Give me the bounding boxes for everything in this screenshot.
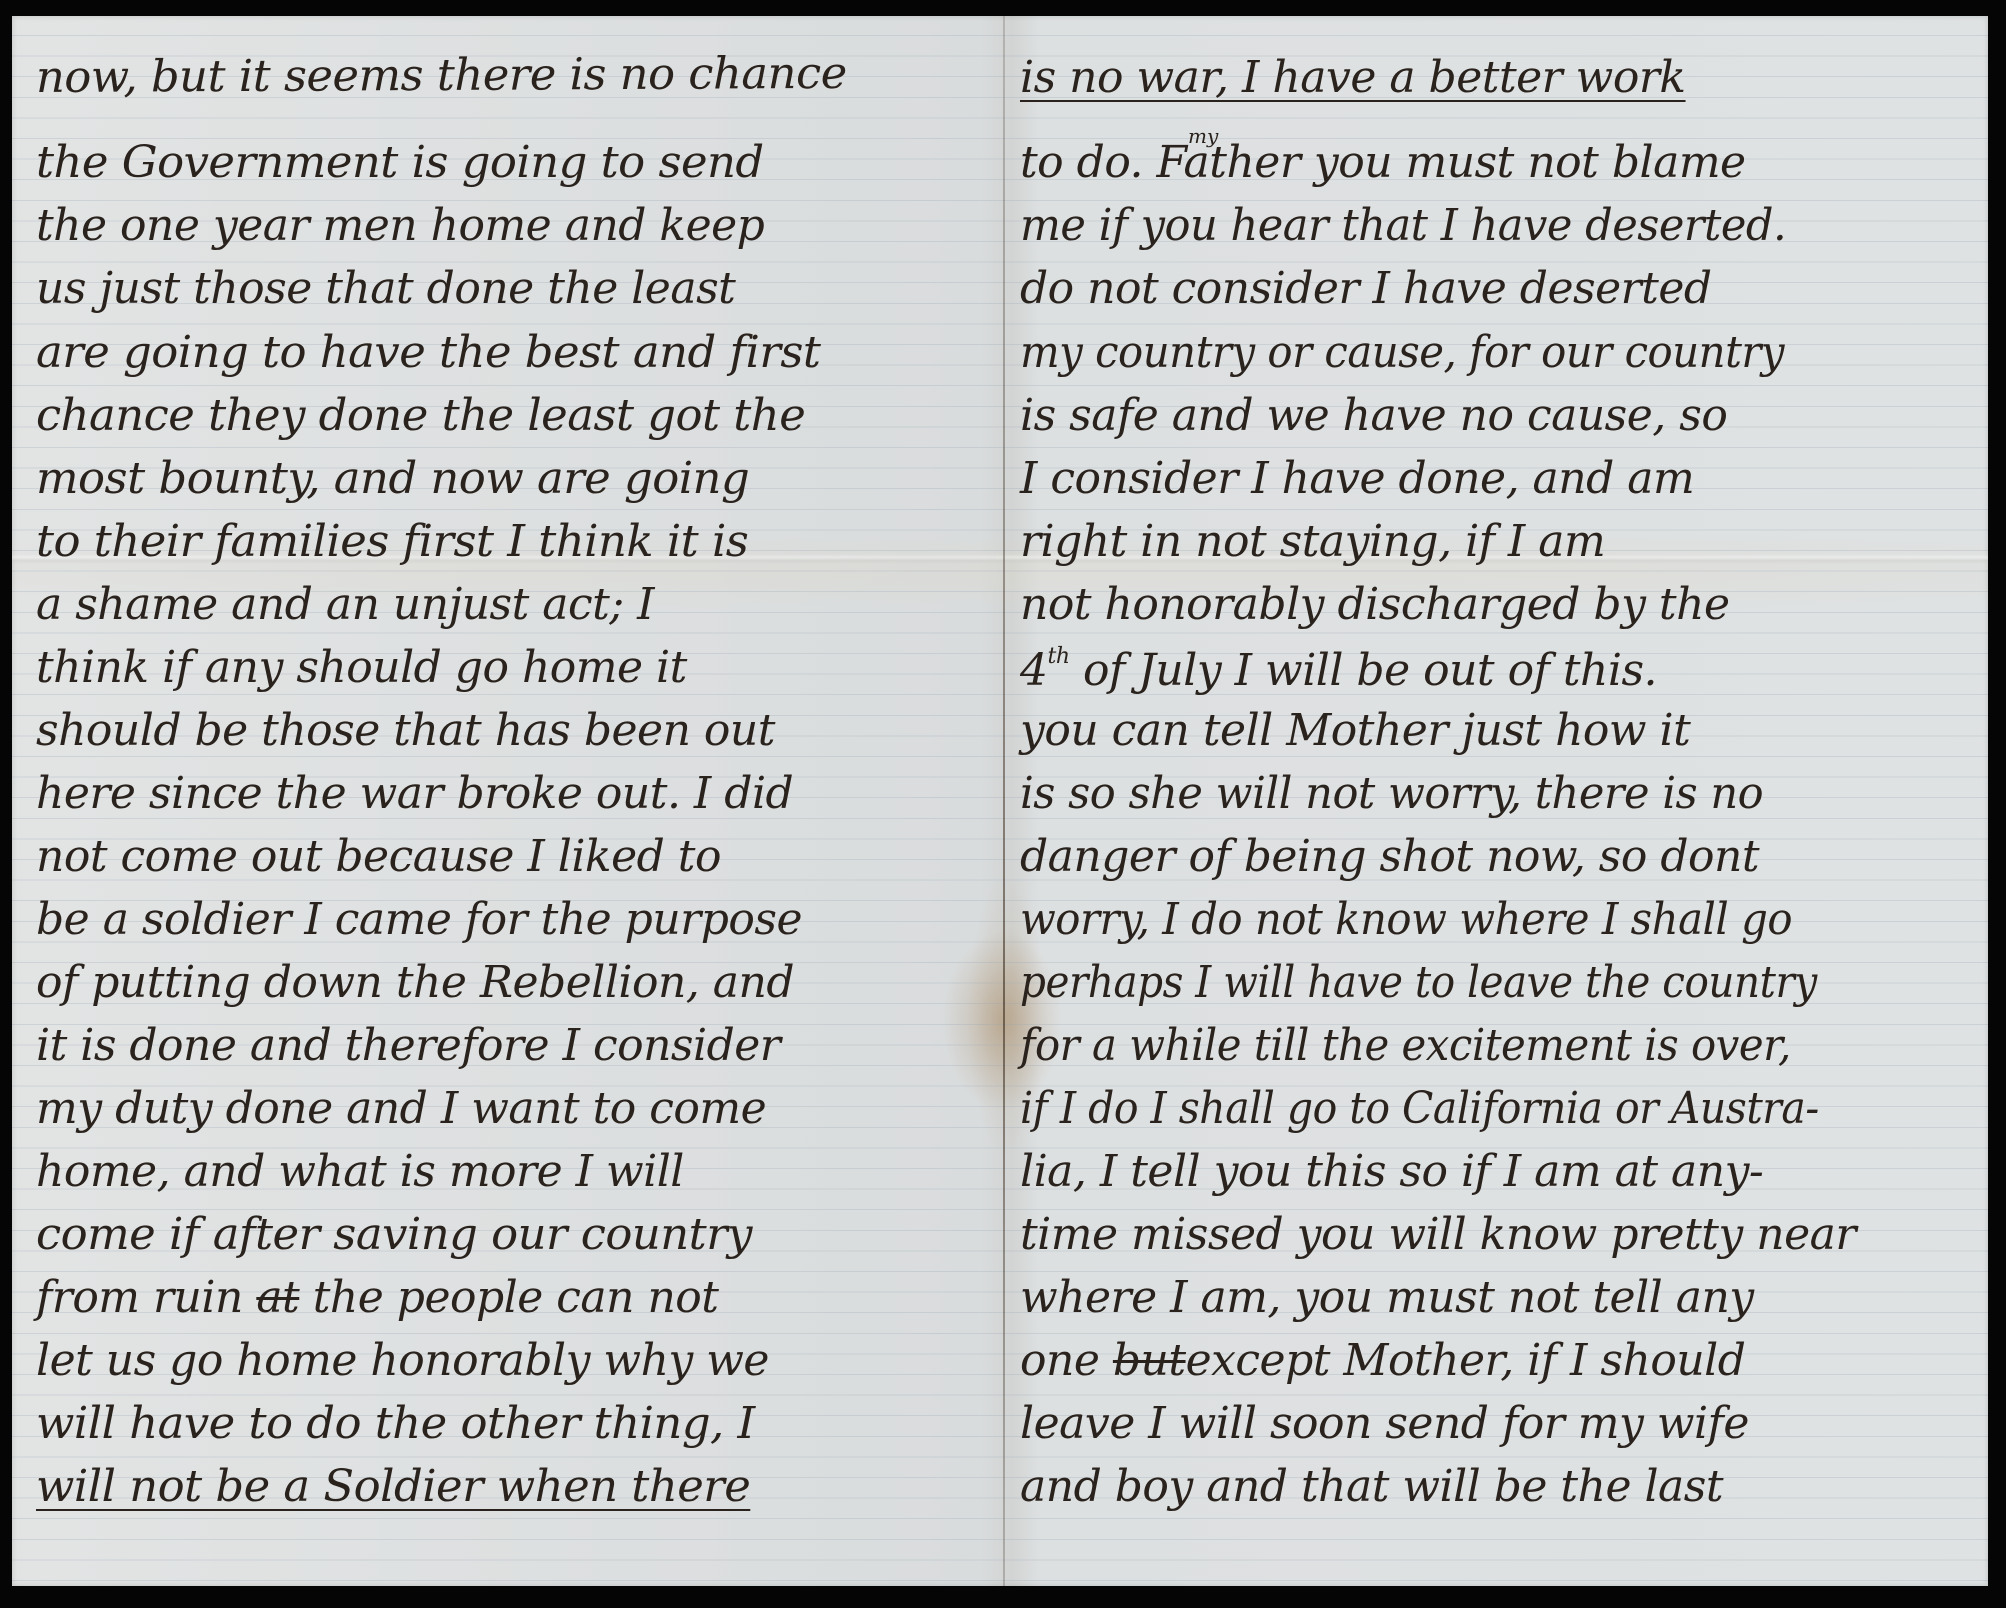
letter-line: right in not staying, if I am — [1020, 520, 1605, 564]
letter-line: if I do I shall go to California or Aust… — [1020, 1087, 1819, 1131]
letter-line: not honorably discharged by the — [1020, 583, 1730, 627]
line-text: the people can not — [313, 1272, 719, 1323]
letter-line: chance they done the least got the — [36, 394, 805, 438]
letter-line-with-strikeout: one butexcept Mother, if I should — [1020, 1339, 1745, 1383]
letter-line: me if you hear that I have deserted. — [1020, 204, 1786, 248]
letter-line-underlined: will not be a Soldier when there — [36, 1465, 750, 1509]
letter-line: the Government is going to send — [36, 141, 764, 185]
left-page: now, but it seems there is no chance the… — [36, 16, 996, 1586]
letter-line: be a soldier I came for the purpose — [36, 898, 802, 942]
letter-line: of putting down the Rebellion, and — [36, 961, 794, 1005]
line-text: of July I will be out of this. — [1083, 645, 1657, 696]
letter-line: for a while till the excitement is over, — [1020, 1024, 1791, 1068]
underlined-text: will not be a Soldier when there — [36, 1461, 750, 1512]
letter-line: to their families first I think it is — [36, 520, 748, 564]
line-text: one — [1020, 1335, 1099, 1386]
letter-line: and boy and that will be the last — [1020, 1465, 1723, 1509]
letter-line: a shame and an unjust act; I — [36, 583, 654, 627]
scan-background: now, but it seems there is no chance the… — [0, 0, 2006, 1608]
center-fold-gutter — [1003, 16, 1005, 1586]
letter-line: time missed you will know pretty near — [1020, 1213, 1856, 1257]
underlined-text: is no war, I have a better work — [1020, 52, 1686, 103]
letter-line: leave I will soon send for my wife — [1020, 1402, 1749, 1446]
letter-line: worry, I do not know where I shall go — [1020, 898, 1792, 942]
letter-line: I consider I have done, and am — [1020, 457, 1694, 501]
letter-line: is safe and we have no cause, so — [1020, 394, 1727, 438]
letter-line: it is done and therefore I consider — [36, 1024, 780, 1068]
line-text: except Mother, if I should — [1186, 1335, 1746, 1386]
letter-line: should be those that has been out — [36, 709, 775, 753]
letter-line: my duty done and I want to come — [36, 1087, 766, 1131]
letter-line-with-strikeout: from ruin at the people can not — [36, 1276, 718, 1320]
right-page: is no war, I have a better work my to do… — [1020, 16, 1980, 1586]
letter-line: now, but it seems there is no chance — [36, 52, 847, 100]
date-day: 4 — [1020, 645, 1048, 696]
letter-line: is so she will not worry, there is no — [1020, 772, 1763, 816]
letter-line: lia, I tell you this so if I am at any- — [1020, 1150, 1763, 1194]
line-text: from ruin — [36, 1272, 243, 1323]
letter-line: not come out because I liked to — [36, 835, 721, 879]
letter-line-with-date: 4th of July I will be out of this. — [1020, 646, 1657, 693]
letter-line: will have to do the other thing, I — [36, 1402, 755, 1446]
letter-line: let us go home honorably why we — [36, 1339, 769, 1383]
date-ordinal-suffix: th — [1048, 644, 1070, 669]
letter-line: do not consider I have deserted — [1020, 267, 1712, 311]
letter-line: to do. Father you must not blame — [1020, 141, 1746, 185]
letter-line: perhaps I will have to leave the country — [1020, 961, 1817, 1005]
letter-line-underlined: is no war, I have a better work — [1020, 56, 1686, 100]
letter-line: my country or cause, for our country — [1020, 331, 1784, 375]
letter-line: think if any should go home it — [36, 646, 687, 690]
letter-line: home, and what is more I will — [36, 1150, 684, 1194]
letter-line: danger of being shot now, so dont — [1020, 835, 1759, 879]
letter-line: us just those that done the least — [36, 267, 735, 311]
struck-out-word: at — [256, 1272, 299, 1323]
letter-line: are going to have the best and first — [36, 331, 820, 375]
letter-paper: now, but it seems there is no chance the… — [12, 16, 1988, 1586]
letter-line: come if after saving our country — [36, 1213, 752, 1257]
letter-line: the one year men home and keep — [36, 204, 764, 248]
struck-out-word: but — [1113, 1335, 1186, 1386]
letter-line: here since the war broke out. I did — [36, 772, 793, 816]
letter-line: where I am, you must not tell any — [1020, 1276, 1754, 1320]
letter-line: you can tell Mother just how it — [1020, 709, 1690, 753]
letter-line: most bounty, and now are going — [36, 457, 749, 501]
